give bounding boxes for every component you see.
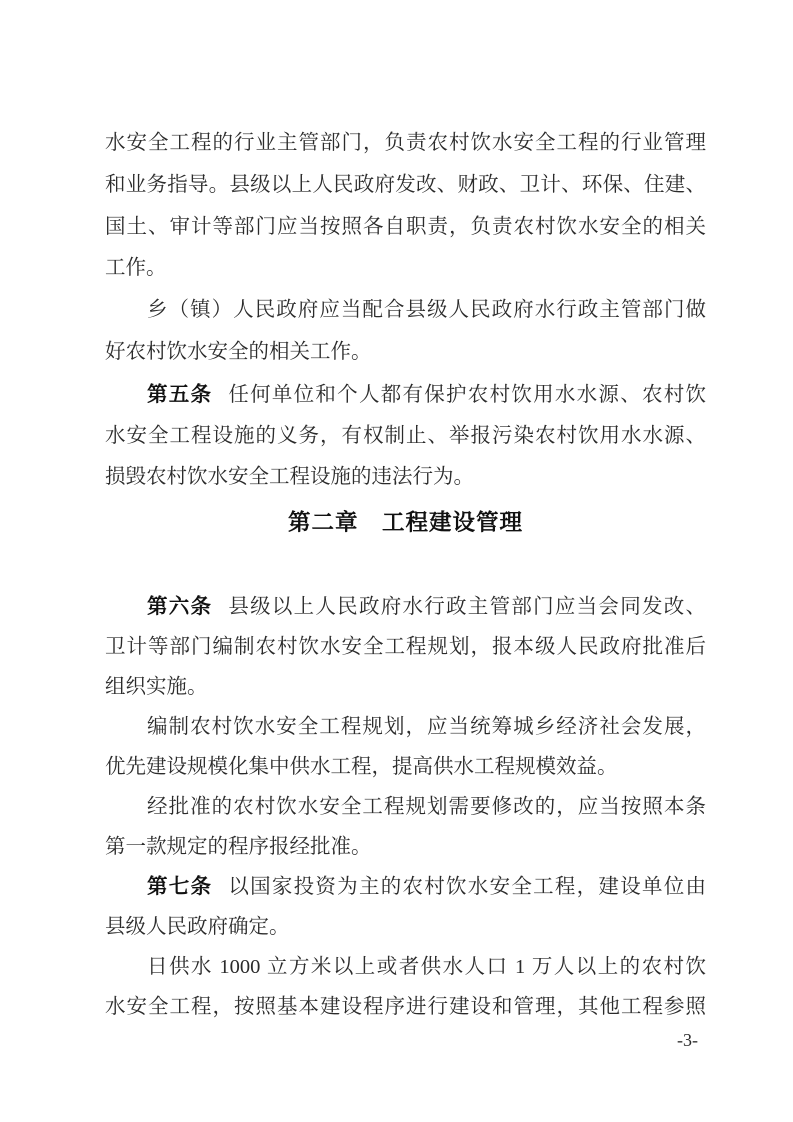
line-text: 县级以上人民政府水行政主管部门应当会同发改、 <box>228 596 706 618</box>
page-number: -3- <box>105 1028 706 1052</box>
text-line: 编制农村饮水安全工程规划，应当统筹城乡经济社会发展， <box>105 707 706 747</box>
text-line: 卫计等部门编制农村饮水安全工程规划，报本级人民政府批准后 <box>105 627 706 667</box>
line-text: 优先建设规模化集中供水工程，提高供水工程规模效益。 <box>105 756 618 778</box>
text-line: 水安全工程的行业主管部门，负责农村饮水安全工程的行业管理 <box>105 123 706 165</box>
line-text: 水安全工程的行业主管部门，负责农村饮水安全工程的行业管理 <box>105 132 706 154</box>
chapter-heading: 第二章 工程建设管理 <box>105 507 706 539</box>
text-line: 水安全工程设施的义务，有权制止、举报污染农村饮用水水源、 <box>105 416 706 458</box>
text-line: 第一款规定的程序报经批准。 <box>105 827 706 867</box>
text-line: 组织实施。 <box>105 667 706 707</box>
line-text: 任何单位和个人都有保护农村饮用水水源、农村饮 <box>228 384 706 406</box>
text-line: 第七条以国家投资为主的农村饮水安全工程，建设单位由 <box>105 867 706 907</box>
line-text: 县级人民政府确定。 <box>105 916 290 938</box>
line-text: 国土、审计等部门应当按照各自职责，负责农村饮水安全的相关 <box>105 216 706 238</box>
line-text: 卫计等部门编制农村饮水安全工程规划，报本级人民政府批准后 <box>105 636 706 658</box>
line-text: 第一款规定的程序报经批准。 <box>105 836 372 858</box>
line-text: 编制农村饮水安全工程规划，应当统筹城乡经济社会发展， <box>147 716 706 738</box>
line-text: 工作。 <box>105 257 167 279</box>
text-line: 优先建设规模化集中供水工程，提高供水工程规模效益。 <box>105 747 706 787</box>
text-line: 和业务指导。县级以上人民政府发改、财政、卫计、环保、住建、 <box>105 165 706 207</box>
text-line: 第六条县级以上人民政府水行政主管部门应当会同发改、 <box>105 587 706 627</box>
document-body-lower: 第六条县级以上人民政府水行政主管部门应当会同发改、卫计等部门编制农村饮水安全工程… <box>105 587 706 1027</box>
text-line: 乡（镇）人民政府应当配合县级人民政府水行政主管部门做 <box>105 290 706 332</box>
line-text: 好农村饮水安全的相关工作。 <box>105 341 372 363</box>
text-line: 好农村饮水安全的相关工作。 <box>105 332 706 374</box>
line-text: 组织实施。 <box>105 676 208 698</box>
article-number: 第五条 <box>147 383 212 406</box>
text-line: 水安全工程，按照基本建设程序进行建设和管理，其他工程参照 <box>105 987 706 1027</box>
line-text: 损毁农村饮水安全工程设施的违法行为。 <box>105 466 474 488</box>
text-line: 国土、审计等部门应当按照各自职责，负责农村饮水安全的相关 <box>105 207 706 249</box>
document-body-upper: 水安全工程的行业主管部门，负责农村饮水安全工程的行业管理和业务指导。县级以上人民… <box>105 123 706 499</box>
text-line: 经批准的农村饮水安全工程规划需要修改的，应当按照本条 <box>105 787 706 827</box>
line-text: 水安全工程，按照基本建设程序进行建设和管理，其他工程参照 <box>105 996 706 1018</box>
article-number: 第七条 <box>147 875 212 898</box>
line-text: 日供水 1000 立方米以上或者供水人口 1 万人以上的农村饮 <box>147 956 706 978</box>
line-text: 水安全工程设施的义务，有权制止、举报污染农村饮用水水源、 <box>105 425 706 447</box>
line-text: 以国家投资为主的农村饮水安全工程，建设单位由 <box>228 876 706 898</box>
line-text: 乡（镇）人民政府应当配合县级人民政府水行政主管部门做 <box>147 299 706 321</box>
article-number: 第六条 <box>147 595 212 618</box>
line-text: 和业务指导。县级以上人民政府发改、财政、卫计、环保、住建、 <box>105 174 706 196</box>
text-line: 工作。 <box>105 248 706 290</box>
text-line: 第五条任何单位和个人都有保护农村饮用水水源、农村饮 <box>105 374 706 416</box>
text-line: 日供水 1000 立方米以上或者供水人口 1 万人以上的农村饮 <box>105 947 706 987</box>
line-text: 经批准的农村饮水安全工程规划需要修改的，应当按照本条 <box>147 796 706 818</box>
document-page: 水安全工程的行业主管部门，负责农村饮水安全工程的行业管理和业务指导。县级以上人民… <box>0 0 793 1122</box>
text-line: 县级人民政府确定。 <box>105 907 706 947</box>
text-line: 损毁农村饮水安全工程设施的违法行为。 <box>105 457 706 499</box>
